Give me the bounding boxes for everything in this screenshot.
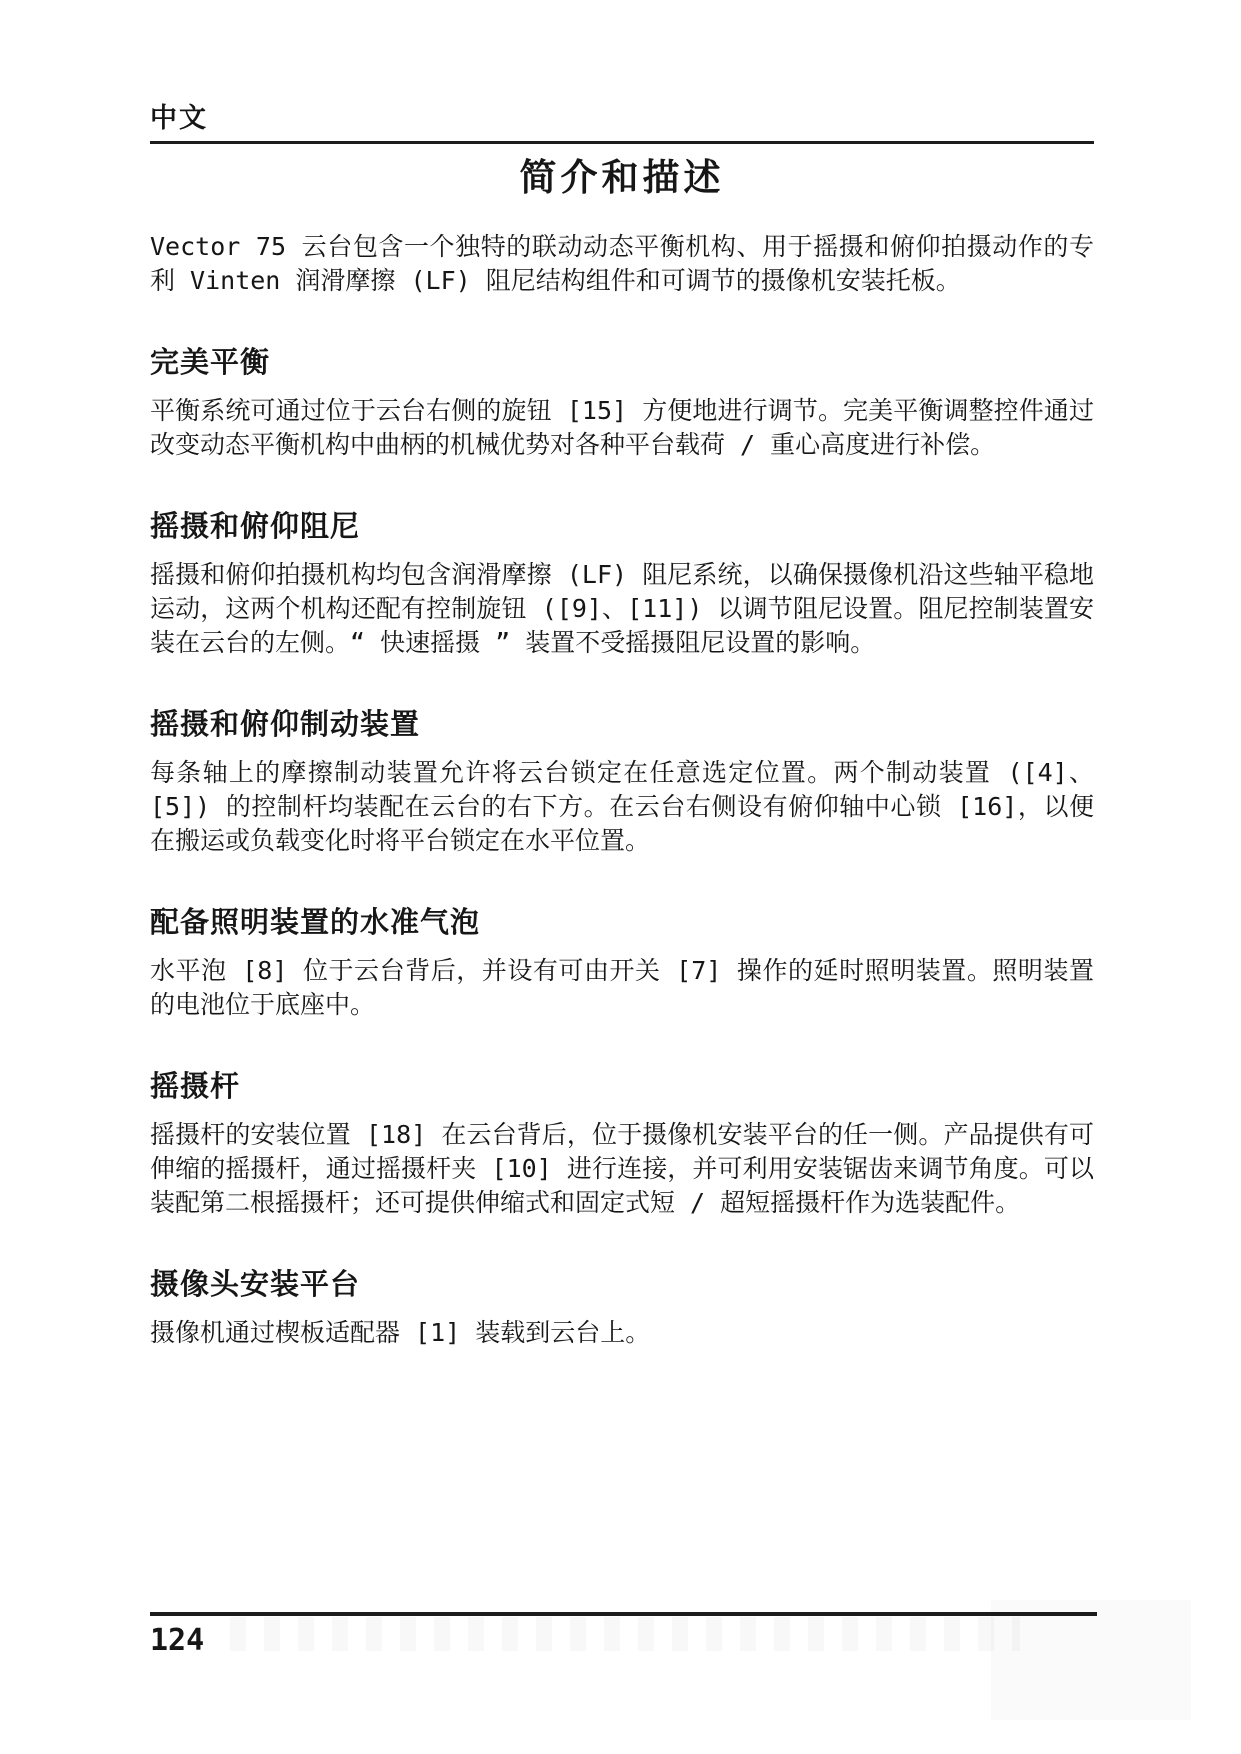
section-body: 平衡系统可通过位于云台右侧的旋钮 [15] 方便地进行调节。完美平衡调整控件通过… — [150, 394, 1094, 462]
section-pan-bar: 摇摄杆 摇摄杆的安装位置 [18] 在云台背后，位于摄像机安装平台的任一侧。产品… — [150, 1066, 1094, 1220]
section-body: 摇摄杆的安装位置 [18] 在云台背后，位于摄像机安装平台的任一侧。产品提供有可… — [150, 1118, 1094, 1220]
section-heading: 配备照明装置的水准气泡 — [150, 902, 1094, 942]
manual-page: 中文 简介和描述 Vector 75 云台包含一个独特的联动动态平衡机构、用于摇… — [0, 0, 1241, 1754]
section-heading: 摇摄杆 — [150, 1066, 1094, 1106]
section-perfect-balance: 完美平衡 平衡系统可通过位于云台右侧的旋钮 [15] 方便地进行调节。完美平衡调… — [150, 342, 1094, 462]
scan-artifact-shade — [991, 1600, 1191, 1720]
page-content: 中文 简介和描述 Vector 75 云台包含一个独特的联动动态平衡机构、用于摇… — [150, 0, 1094, 1350]
section-camera-mounting-platform: 摄像头安装平台 摄像机通过楔板适配器 [1] 装载到云台上。 — [150, 1264, 1094, 1350]
section-pan-tilt-brakes: 摇摄和俯仰制动装置 每条轴上的摩擦制动装置允许将云台锁定在任意选定位置。两个制动… — [150, 704, 1094, 858]
section-body: 摇摄和俯仰拍摄机构均包含润滑摩擦 (LF) 阻尼系统，以确保摄像机沿这些轴平稳地… — [150, 558, 1094, 660]
section-illuminated-level-bubble: 配备照明装置的水准气泡 水平泡 [8] 位于云台背后，并设有可由开关 [7] 操… — [150, 902, 1094, 1022]
section-body: 摄像机通过楔板适配器 [1] 装载到云台上。 — [150, 1316, 1094, 1350]
section-heading: 摄像头安装平台 — [150, 1264, 1094, 1304]
page-title: 简介和描述 — [150, 156, 1094, 200]
section-body: 水平泡 [8] 位于云台背后，并设有可由开关 [7] 操作的延时照明装置。照明装… — [150, 954, 1094, 1022]
section-heading: 摇摄和俯仰制动装置 — [150, 704, 1094, 744]
section-body: 每条轴上的摩擦制动装置允许将云台锁定在任意选定位置。两个制动装置 ([4]、[5… — [150, 756, 1094, 858]
page-number: 124 — [150, 1624, 204, 1658]
header-rule — [150, 141, 1094, 144]
scan-artifact-stripes — [230, 1617, 1020, 1651]
language-header: 中文 — [150, 102, 1094, 136]
section-heading: 完美平衡 — [150, 342, 1094, 382]
section-pan-tilt-drag: 摇摄和俯仰阻尼 摇摄和俯仰拍摄机构均包含润滑摩擦 (LF) 阻尼系统，以确保摄像… — [150, 506, 1094, 660]
intro-paragraph: Vector 75 云台包含一个独特的联动动态平衡机构、用于摇摄和俯仰拍摄动作的… — [150, 230, 1094, 298]
footer-rule — [150, 1612, 1097, 1616]
section-heading: 摇摄和俯仰阻尼 — [150, 506, 1094, 546]
